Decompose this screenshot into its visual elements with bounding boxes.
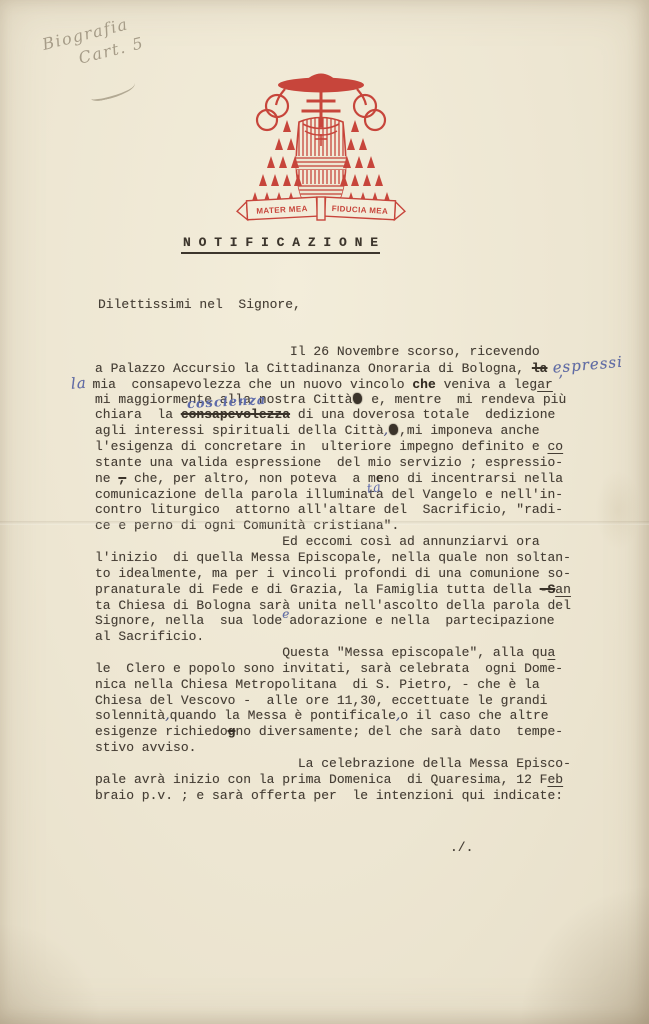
typed-text: ne (95, 471, 118, 486)
typed-text: eb (547, 772, 563, 787)
typed-text: di una doverosa totale dedizione (290, 407, 555, 422)
typed-text: no diversamente; del che sarà dato tempe… (235, 724, 563, 739)
typed-text: ,mi imponeva anche (399, 423, 539, 438)
typed-text: a (547, 645, 555, 660)
typed-line: stivo avviso. (95, 740, 635, 756)
typed-text: pranaturale di Fede e di Grazia, la Fami… (95, 582, 540, 597)
typed-text: Il 26 Novembre scorso, ricevendo (95, 344, 540, 359)
typed-text: mia consapevolezza che un nuovo vincolo (93, 377, 413, 392)
tassel-icon (363, 174, 371, 186)
typed-text: quando la Messa è pontificale (170, 708, 396, 723)
typed-text: che (412, 377, 435, 392)
tassel-icon (375, 174, 383, 186)
typed-text: veniva a leg (436, 377, 537, 392)
typed-text: ta Chiesa di Bologna sarà unita nell'asc… (95, 598, 571, 613)
paper-stain (595, 470, 641, 550)
tassel-icon (279, 156, 287, 168)
typed-line: le Clero e popolo sono invitati, sarà ce… (95, 661, 635, 677)
typed-text: Questa "Messa episcopale", alla qu (95, 645, 547, 660)
corner-shadow (0, 914, 110, 1024)
typed-text: o il caso che altre (400, 708, 548, 723)
fold-crease (0, 521, 649, 525)
typed-line: solennità,quando la Messa è pontificale,… (95, 708, 635, 724)
typed-line: La celebrazione della Messa Episco- (95, 756, 635, 772)
typed-line: la mia consapevolezza che un nuovo vinco… (95, 376, 635, 392)
corner-shadow (509, 874, 649, 1024)
letter-page: Biografia Cart. 5 (0, 0, 649, 1024)
typed-text: an (555, 582, 571, 597)
tassel-icon (283, 174, 291, 186)
typed-line: stante una valida espressione del mio se… (95, 455, 635, 471)
typed-line: chiara la consapevolezzacoscienza di una… (95, 407, 635, 423)
handwritten-correction: ’ (552, 373, 565, 390)
typed-text: e, mentre mi rendeva più (363, 392, 566, 407)
tassel-icon (355, 156, 363, 168)
typed-text: co (547, 439, 563, 454)
typed-text: Signore, nella sua lode (95, 613, 282, 628)
typed-text: l'inizio di quella Messa Episcopale, nel… (95, 550, 571, 565)
typed-line: Il 26 Novembre scorso, ricevendo (95, 344, 635, 360)
tassel-icon (351, 174, 359, 186)
typed-line: pranaturale di Fede e di Grazia, la Fami… (95, 582, 635, 598)
typed-text: consapevolezzacoscienza (181, 407, 290, 422)
typed-line: agli interessi spirituali della Città,,m… (95, 423, 635, 439)
typed-text: La celebrazione della Messa Episco- (95, 756, 571, 771)
tassel-icon (259, 174, 267, 186)
salutation: Dilettissimi nel Signore, (98, 297, 301, 312)
typed-text: pale avrà inizio con la prima Domenica d… (95, 772, 547, 787)
handwritten-correction: tata (368, 487, 384, 502)
motto-banner: MATER MEA FIDUCIA MEA (237, 197, 406, 220)
handwritten-correction: , (384, 422, 388, 438)
typed-line: to idealmente, ma per i vincoli profondi… (95, 566, 635, 582)
typed-text: agli interessi spirituali della Città (95, 423, 384, 438)
typed-line: mi maggiormente alla nostra Città e, men… (95, 392, 635, 408)
typed-line: nica nella Chiesa Metropolitana di S. Pi… (95, 677, 635, 693)
typed-text: to idealmente, ma per i vincoli profondi… (95, 566, 571, 581)
typed-line: Questa "Messa episcopale", alla qua (95, 645, 635, 661)
tassel-icon (271, 174, 279, 186)
ink-blot (389, 424, 398, 435)
typed-line: ne , che, per altro, non poteva a meno d… (95, 471, 635, 487)
typed-text: l'esigenza di concretare in ulteriore im… (95, 439, 547, 454)
typed-text: che, per altro, non poteva a m (126, 471, 376, 486)
episcopal-crest: MATER MEA FIDUCIA MEA (233, 60, 409, 226)
typed-line: comunicazione della parola illuminatata … (95, 487, 635, 503)
typed-text: no di incentrarsi nella (384, 471, 563, 486)
tassel-icon (275, 138, 283, 150)
typed-text: esigenze richiedo (95, 724, 228, 739)
tassel-icon (347, 138, 355, 150)
typed-text: ar (537, 377, 553, 392)
typed-text: contro liturgico attorno all'altare del … (95, 502, 563, 517)
handwritten-correction: ta (366, 480, 383, 498)
typed-line: contro liturgico attorno all'altare del … (95, 502, 635, 518)
tassel-icon (351, 120, 359, 132)
typed-text: Ed eccomi così ad annunziarvi ora (95, 534, 540, 549)
typed-text: al Sacrificio. (95, 629, 204, 644)
handwritten-correction: e (282, 607, 289, 621)
ink-blot (353, 393, 362, 404)
typed-line: braio p.v. ; e sarà offerta per le inten… (95, 788, 635, 804)
typed-line: pale avrà inizio con la prima Domenica d… (95, 772, 635, 788)
typed-line: l'esigenza di concretare in ulteriore im… (95, 439, 635, 455)
typed-line: ta Chiesa di Bologna sarà unita nell'asc… (95, 598, 635, 614)
tassel-icon (287, 138, 295, 150)
typed-text: nica nella Chiesa Metropolitana di S. Pi… (95, 677, 540, 692)
tassel-icon (283, 120, 291, 132)
typed-line: Ed eccomi così ad annunziarvi ora (95, 534, 635, 550)
typed-line: Chiesa del Vescovo - alle ore 11,30, ecc… (95, 693, 635, 709)
typed-text: stivo avviso. (95, 740, 196, 755)
letter-body: Il 26 Novembre scorso, ricevendoa Palazz… (95, 344, 635, 803)
typed-text: le Clero e popolo sono invitati, sarà ce… (95, 661, 563, 676)
notification-heading: N O T I F I C A Z I O N E (181, 235, 380, 254)
handwritten-correction: la (70, 375, 93, 392)
tassel-icon (367, 156, 375, 168)
typed-line: l'inizio di quella Messa Episcopale, nel… (95, 550, 635, 566)
typed-text: adorazione e nella partecipazione (289, 613, 554, 628)
typed-text: Chiesa del Vescovo - alle ore 11,30, ecc… (95, 693, 547, 708)
typed-text: comunicazione della parola illumina (95, 487, 368, 502)
typed-text: -S (540, 582, 556, 597)
pencil-stroke (89, 79, 137, 102)
typed-text: la (532, 361, 548, 376)
typed-text: stante una valida espressione del mio se… (95, 455, 563, 470)
typed-line: esigenze richiedogno diversamente; del c… (95, 724, 635, 740)
pencil-annotation: Biografia Cart. 5 (40, 11, 147, 78)
typed-text: del Vangelo e nell'in- (384, 487, 563, 502)
continuation-mark: ./. (450, 840, 473, 855)
tassel-icon (267, 156, 275, 168)
typed-text: braio p.v. ; e sarà offerta per le inten… (95, 788, 563, 803)
typed-line: al Sacrificio. (95, 629, 635, 645)
tassel-icon (359, 138, 367, 150)
typed-text: chiara la (95, 407, 181, 422)
typed-text: a Palazzo Accursio la Cittadinanza Onora… (95, 361, 532, 376)
typed-text: solennità (95, 708, 165, 723)
typed-line: Signore, nella sua lodeeadorazione e nel… (95, 613, 635, 629)
handwritten-correction: coscienza (186, 393, 266, 413)
